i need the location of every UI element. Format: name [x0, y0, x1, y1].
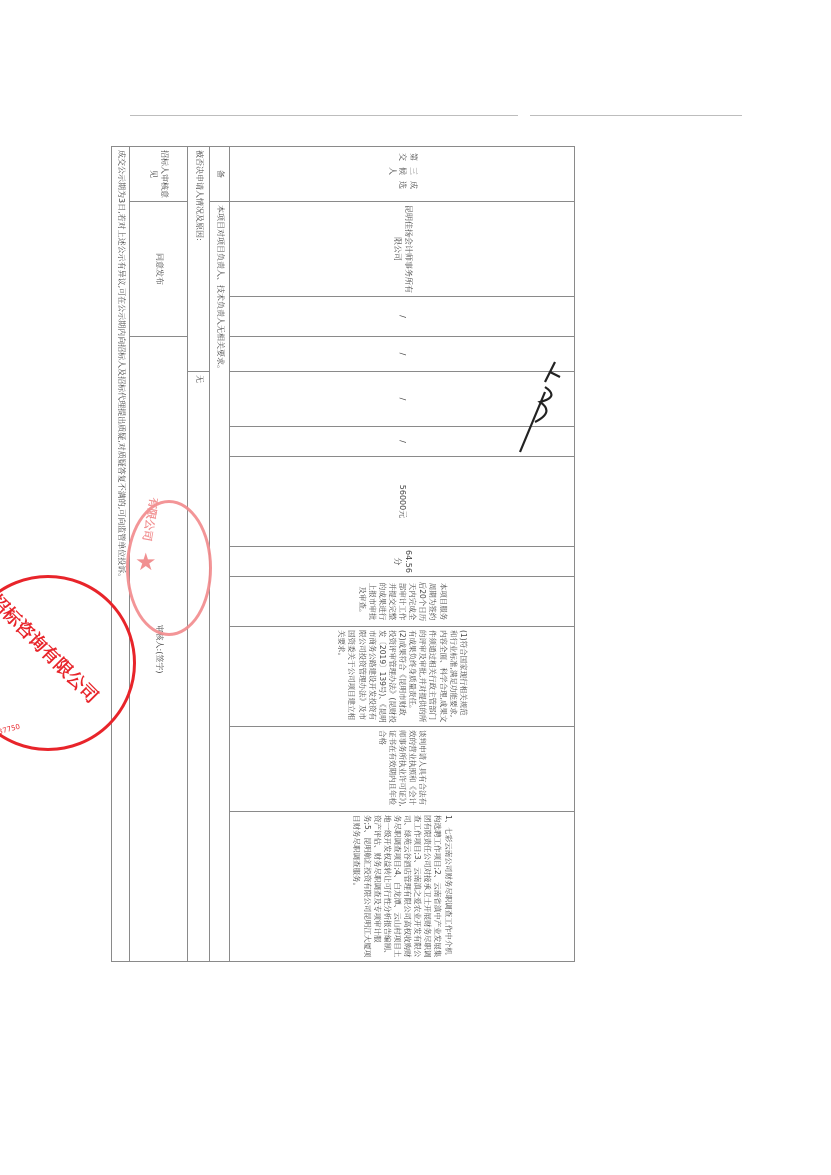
reviewer-label: 审核人:(签字)	[130, 337, 188, 962]
performance-list: 1、七彩云南公司财务尽职调查工作中介机构选聘工作项目;2、云南省滇中产业发展集团…	[230, 812, 575, 962]
service-standard: (1)符合国家现行相关规范和行业标准,满足功能要求,内容全面、科学合理,成果文件…	[230, 627, 575, 727]
note-label: 备	[210, 147, 230, 202]
candidate-company: 昆明佳扬会计师事务所有限公司	[230, 202, 575, 297]
top-rule-gap	[518, 115, 530, 116]
service-period: 本项目服务周期为签约后20个日历天内完成全部审计工作并提交完整的成果进行上报市审…	[230, 577, 575, 627]
rejected-label: 被否决申请人情况及原因:	[188, 147, 210, 372]
cell-slash-1: /	[230, 297, 575, 337]
reviewer-signature	[505, 352, 565, 462]
candidate-rank-label: 第三成交候选人	[230, 147, 575, 202]
seam-seal-stamp: 有限公司 ★	[126, 500, 212, 636]
opinion-value: 同意发布	[130, 202, 188, 337]
top-rule	[130, 115, 742, 116]
seam-seal-star-icon: ★	[135, 548, 157, 576]
seal-text: 招标咨询有限公司	[0, 588, 105, 708]
qualification: 谈判申请人具有合法有效的营业执照和《会计师事务所执业许可证》),证书在有效期内且…	[230, 727, 575, 812]
rotated-result-table: 第三成交候选人 昆明佳扬会计师事务所有限公司 / / / / 56000元 64…	[157, 146, 575, 961]
seal-code: 5301000237750	[0, 723, 21, 746]
rejected-value: 无	[188, 372, 210, 962]
opinion-label: 招标人审核意见	[130, 147, 188, 202]
quote-value: 56000元	[230, 457, 575, 547]
note-text: 本项目对项目负责人、技术负责人无相关要求。	[210, 202, 230, 962]
score-value: 64.56分	[230, 547, 575, 577]
